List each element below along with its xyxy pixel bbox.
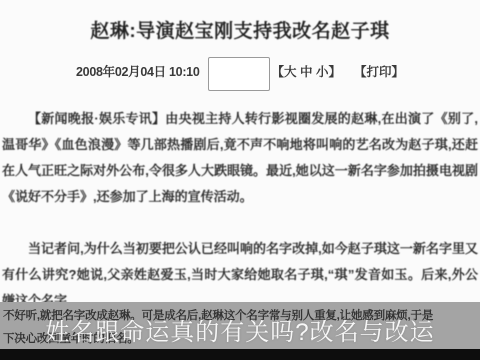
bottom-black-bar bbox=[0, 349, 480, 360]
page-title: 赵琳:导演赵宝刚支持我改名赵子琪 bbox=[0, 16, 480, 43]
font-size-selector[interactable]: 【大 中 小】 bbox=[272, 62, 341, 80]
source-placeholder-box[interactable] bbox=[208, 57, 270, 91]
article-paragraph-1: 【新闻晚报·娱乐专讯】由央视主持人转行影视圈发展的赵琳,在出演了《别了,温哥华》… bbox=[2, 106, 478, 210]
video-overlay-title: 姓名跟命运真的有关吗?改名与改运 bbox=[0, 312, 480, 347]
publish-date: 2008年02月04日 10:10 bbox=[76, 62, 199, 80]
print-button[interactable]: 【打印】 bbox=[354, 62, 404, 80]
article-page: 赵琳:导演赵宝刚支持我改名赵子琪 2008年02月04日 10:10 【大 中 … bbox=[0, 0, 480, 360]
article-meta-row: 2008年02月04日 10:10 【大 中 小】 【打印】 bbox=[0, 57, 480, 91]
